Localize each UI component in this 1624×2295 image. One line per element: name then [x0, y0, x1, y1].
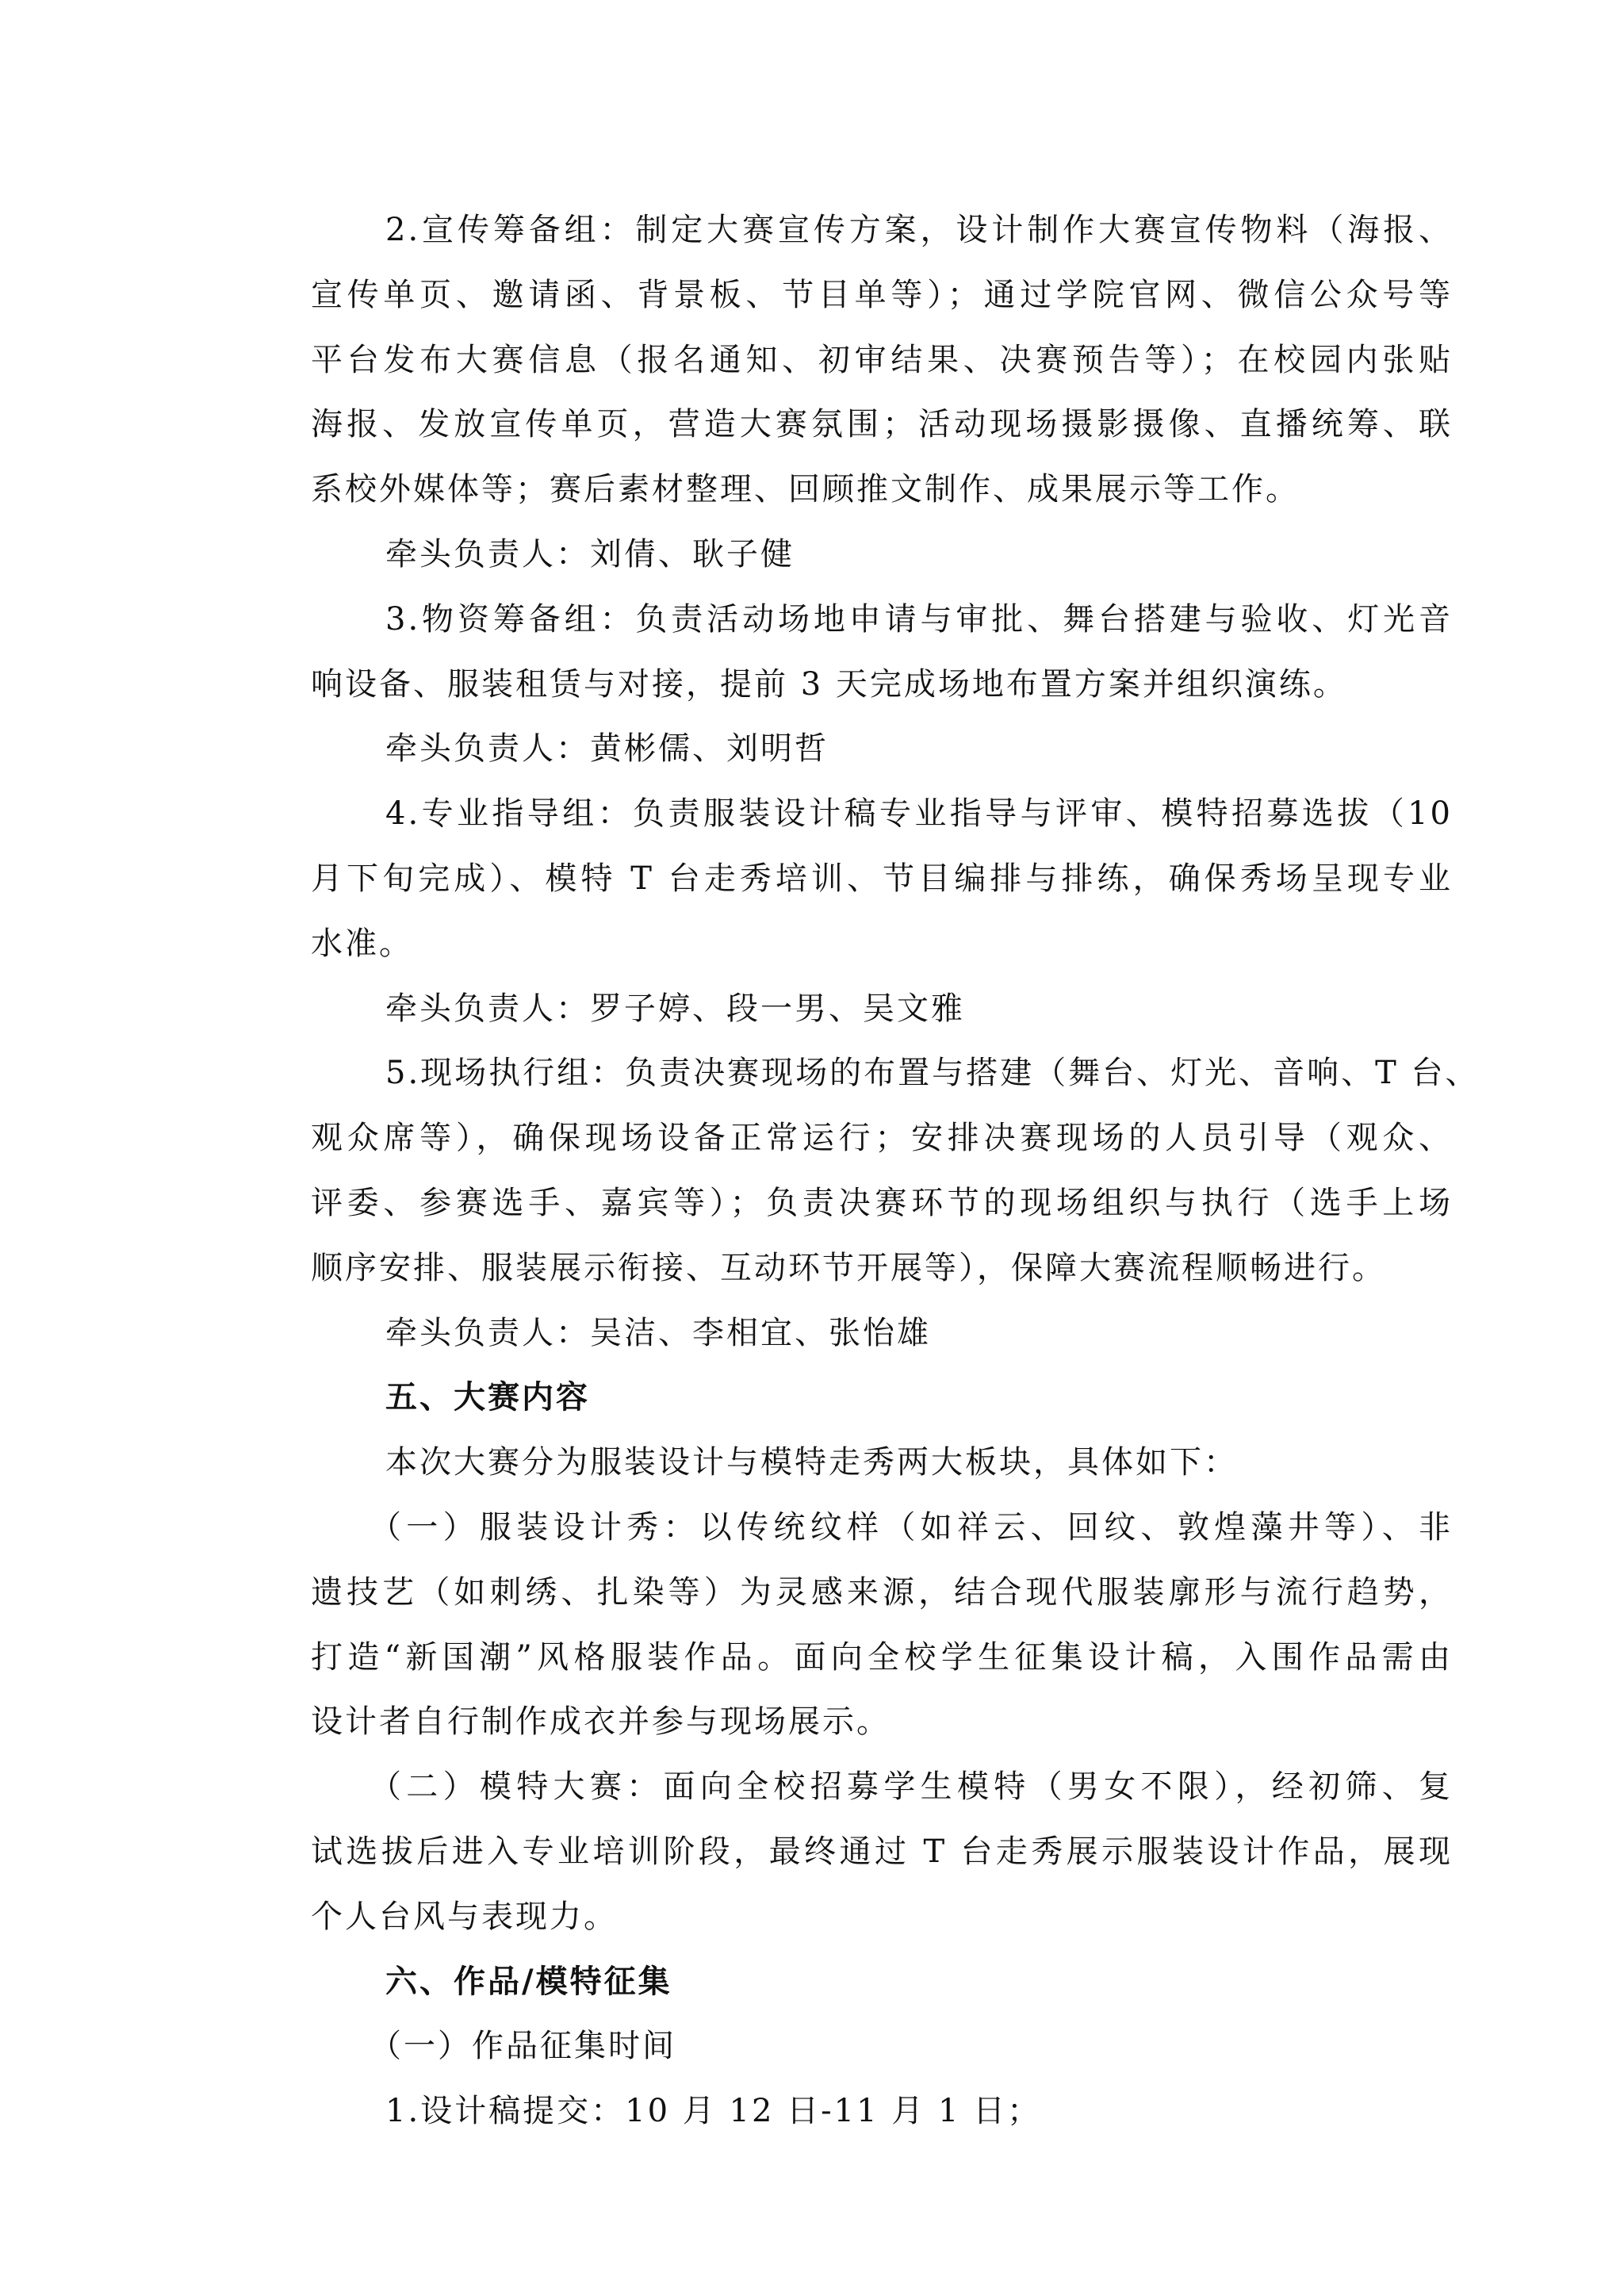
text-line: 3.物资筹备组：负责活动场地申请与审批、舞台搭建与验收、灯光音	[236, 588, 1453, 653]
paragraph-fashion-design-show: （一）服装设计秀：以传统纹样（如祥云、回纹、敦煌藻井等）、非 遗技艺（如刺绣、扎…	[236, 1496, 1453, 1755]
paragraph-publicity-group: 2.宣传筹备组：制定大赛宣传方案，设计制作大赛宣传物料（海报、 宣传单页、邀请函…	[236, 198, 1453, 523]
text-line: 5.现场执行组：负责决赛现场的布置与搭建（舞台、灯光、音响、T 台、	[236, 1041, 1453, 1106]
paragraph-materials-leads: 牵头负责人：黄彬儒、刘明哲	[236, 717, 1453, 782]
paragraph-guidance-leads: 牵头负责人：罗子婷、段一男、吴文雅	[236, 977, 1453, 1042]
paragraph-competition-intro: 本次大赛分为服装设计与模特走秀两大板块，具体如下：	[236, 1431, 1453, 1496]
text-line: 1.设计稿提交：10 月 12 日-11 月 1 日；	[236, 2079, 1453, 2144]
text-line: 水准。	[236, 912, 1453, 977]
text-line: 4.专业指导组：负责服装设计稿专业指导与评审、模特招募选拔（10	[236, 782, 1453, 847]
paragraph-execution-leads: 牵头负责人：吴洁、李相宜、张怡雄	[236, 1301, 1453, 1366]
text-line: 个人台风与表现力。	[236, 1885, 1453, 1950]
text-line: 观众席等），确保现场设备正常运行；安排决赛现场的人员引导（观众、	[236, 1106, 1453, 1171]
text-line: 牵头负责人：吴洁、李相宜、张怡雄	[236, 1301, 1453, 1366]
text-line: 遗技艺（如刺绣、扎染等）为灵感来源，结合现代服装廓形与流行趋势，	[236, 1561, 1453, 1626]
text-line: （一）服装设计秀：以传统纹样（如祥云、回纹、敦煌藻井等）、非	[236, 1496, 1453, 1561]
section-heading-competition-content: 五、大赛内容	[236, 1366, 1453, 1431]
text-line: 牵头负责人：黄彬儒、刘明哲	[236, 717, 1453, 782]
text-line: 系校外媒体等；赛后素材整理、回顾推文制作、成果展示等工作。	[236, 458, 1453, 523]
paragraph-design-submission-dates: 1.设计稿提交：10 月 12 日-11 月 1 日；	[236, 2079, 1453, 2144]
text-line: 打造“新国潮”风格服装作品。面向全校学生征集设计稿，入围作品需由	[236, 1626, 1453, 1691]
text-line: 2.宣传筹备组：制定大赛宣传方案，设计制作大赛宣传物料（海报、	[236, 198, 1453, 263]
heading-text: 六、作品/模特征集	[236, 1950, 1453, 2015]
text-line: 试选拔后进入专业培训阶段，最终通过 T 台走秀展示服装设计作品，展现	[236, 1820, 1453, 1885]
text-line: 海报、发放宣传单页，营造大赛氛围；活动现场摄影摄像、直播统筹、联	[236, 393, 1453, 458]
text-line: （一）作品征集时间	[236, 2014, 1453, 2079]
paragraph-execution-group: 5.现场执行组：负责决赛现场的布置与搭建（舞台、灯光、音响、T 台、 观众席等）…	[236, 1041, 1453, 1301]
paragraph-publicity-leads: 牵头负责人：刘倩、耿子健	[236, 523, 1453, 588]
text-line: 本次大赛分为服装设计与模特走秀两大板块，具体如下：	[236, 1431, 1453, 1496]
text-line: 牵头负责人：罗子婷、段一男、吴文雅	[236, 977, 1453, 1042]
paragraph-model-contest: （二）模特大赛：面向全校招募学生模特（男女不限），经初筛、复 试选拔后进入专业培…	[236, 1755, 1453, 1949]
subheading-submission-period: （一）作品征集时间	[236, 2014, 1453, 2079]
section-heading-submissions: 六、作品/模特征集	[236, 1950, 1453, 2015]
text-line: （二）模特大赛：面向全校招募学生模特（男女不限），经初筛、复	[236, 1755, 1453, 1820]
text-line: 响设备、服装租赁与对接，提前 3 天完成场地布置方案并组织演练。	[236, 653, 1453, 718]
text-line: 设计者自行制作成衣并参与现场展示。	[236, 1690, 1453, 1755]
text-line: 平台发布大赛信息（报名通知、初审结果、决赛预告等）；在校园内张贴	[236, 328, 1453, 393]
document-page: 2.宣传筹备组：制定大赛宣传方案，设计制作大赛宣传物料（海报、 宣传单页、邀请函…	[236, 198, 1453, 2144]
heading-text: 五、大赛内容	[236, 1366, 1453, 1431]
text-line: 月下旬完成）、模特 T 台走秀培训、节目编排与排练，确保秀场呈现专业	[236, 847, 1453, 912]
paragraph-materials-group: 3.物资筹备组：负责活动场地申请与审批、舞台搭建与验收、灯光音 响设备、服装租赁…	[236, 588, 1453, 718]
text-line: 牵头负责人：刘倩、耿子健	[236, 523, 1453, 588]
paragraph-guidance-group: 4.专业指导组：负责服装设计稿专业指导与评审、模特招募选拔（10 月下旬完成）、…	[236, 782, 1453, 976]
text-line: 评委、参赛选手、嘉宾等）；负责决赛环节的现场组织与执行（选手上场	[236, 1171, 1453, 1236]
text-line: 顺序安排、服装展示衔接、互动环节开展等），保障大赛流程顺畅进行。	[236, 1236, 1453, 1301]
text-line: 宣传单页、邀请函、背景板、节目单等）；通过学院官网、微信公众号等	[236, 263, 1453, 328]
